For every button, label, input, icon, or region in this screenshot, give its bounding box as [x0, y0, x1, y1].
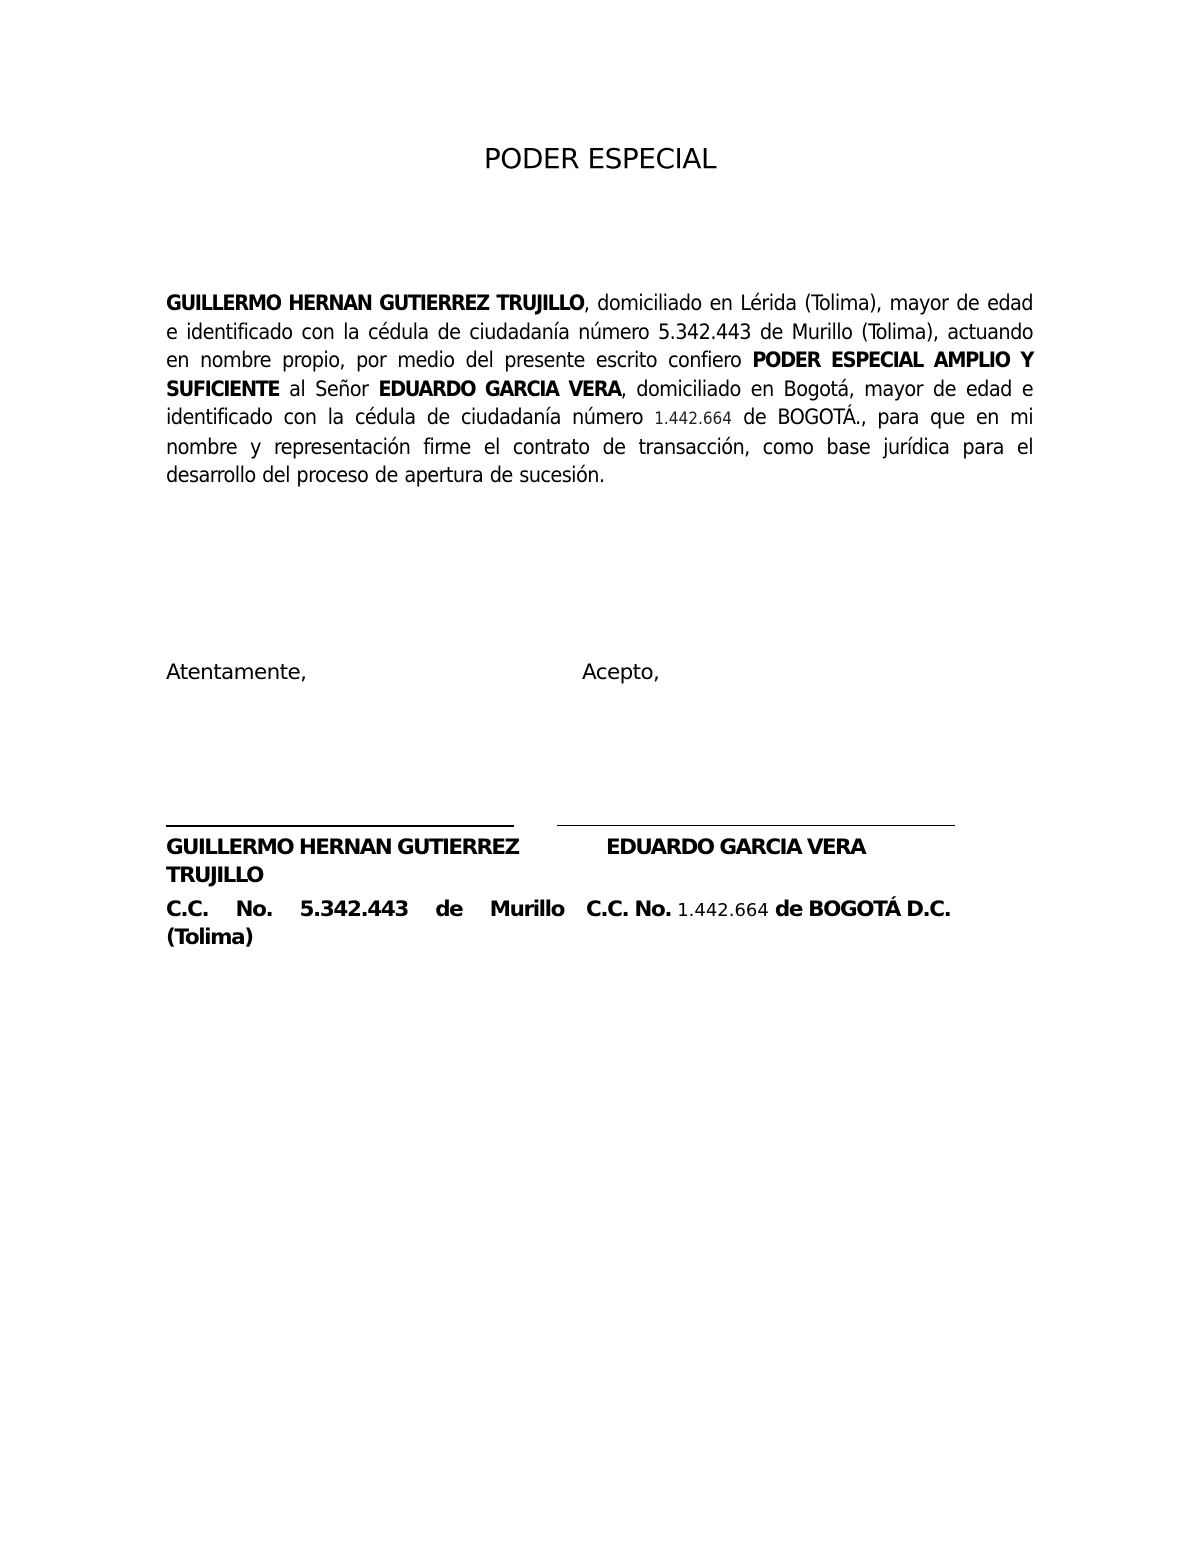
signature-name-grantor: GUILLERMO HERNAN GUTIERREZ TRUJILLO: [166, 834, 566, 890]
cc-word: No.: [236, 897, 273, 922]
document-title: PODER ESPECIAL: [0, 142, 1200, 175]
grantor-name-line-2: TRUJILLO: [166, 862, 566, 890]
grantor-id-line-2: (Tolima): [166, 924, 253, 952]
body-text-2: al Señor: [279, 377, 378, 402]
cc-word: 5.342.443: [300, 897, 408, 922]
attorney-signature-name: EDUARDO GARCIA VERA: [582, 834, 982, 862]
attorney-cc-suffix: de BOGOTÁ D.C.: [769, 897, 951, 922]
closing-right: Acepto,: [582, 660, 659, 685]
cc-word: de: [435, 897, 462, 922]
attorney-id-number: 1.442.664: [654, 409, 732, 429]
attorney-name: EDUARDO GARCIA VERA: [378, 377, 620, 402]
grantor-id-line: C.C. No. 5.342.443 de Murillo: [166, 896, 564, 924]
cc-word: Murillo: [490, 897, 564, 922]
attorney-cc-number: 1.442.664: [677, 900, 769, 921]
attorney-id-line: C.C. No. 1.442.664 de BOGOTÁ D.C.: [586, 896, 950, 925]
grantor-name-line-1: GUILLERMO HERNAN GUTIERREZ: [166, 834, 566, 862]
signature-name-attorney: EDUARDO GARCIA VERA: [582, 834, 982, 862]
attorney-cc-prefix: C.C. No.: [586, 897, 677, 922]
closing-left: Atentamente,: [166, 660, 306, 685]
signature-line-grantor: [166, 825, 514, 827]
body-paragraph: GUILLERMO HERNAN GUTIERREZ TRUJILLO, dom…: [166, 290, 1033, 491]
signature-line-attorney: [557, 825, 955, 826]
grantor-name: GUILLERMO HERNAN GUTIERREZ TRUJILLO: [166, 291, 584, 316]
cc-word: C.C.: [166, 897, 208, 922]
